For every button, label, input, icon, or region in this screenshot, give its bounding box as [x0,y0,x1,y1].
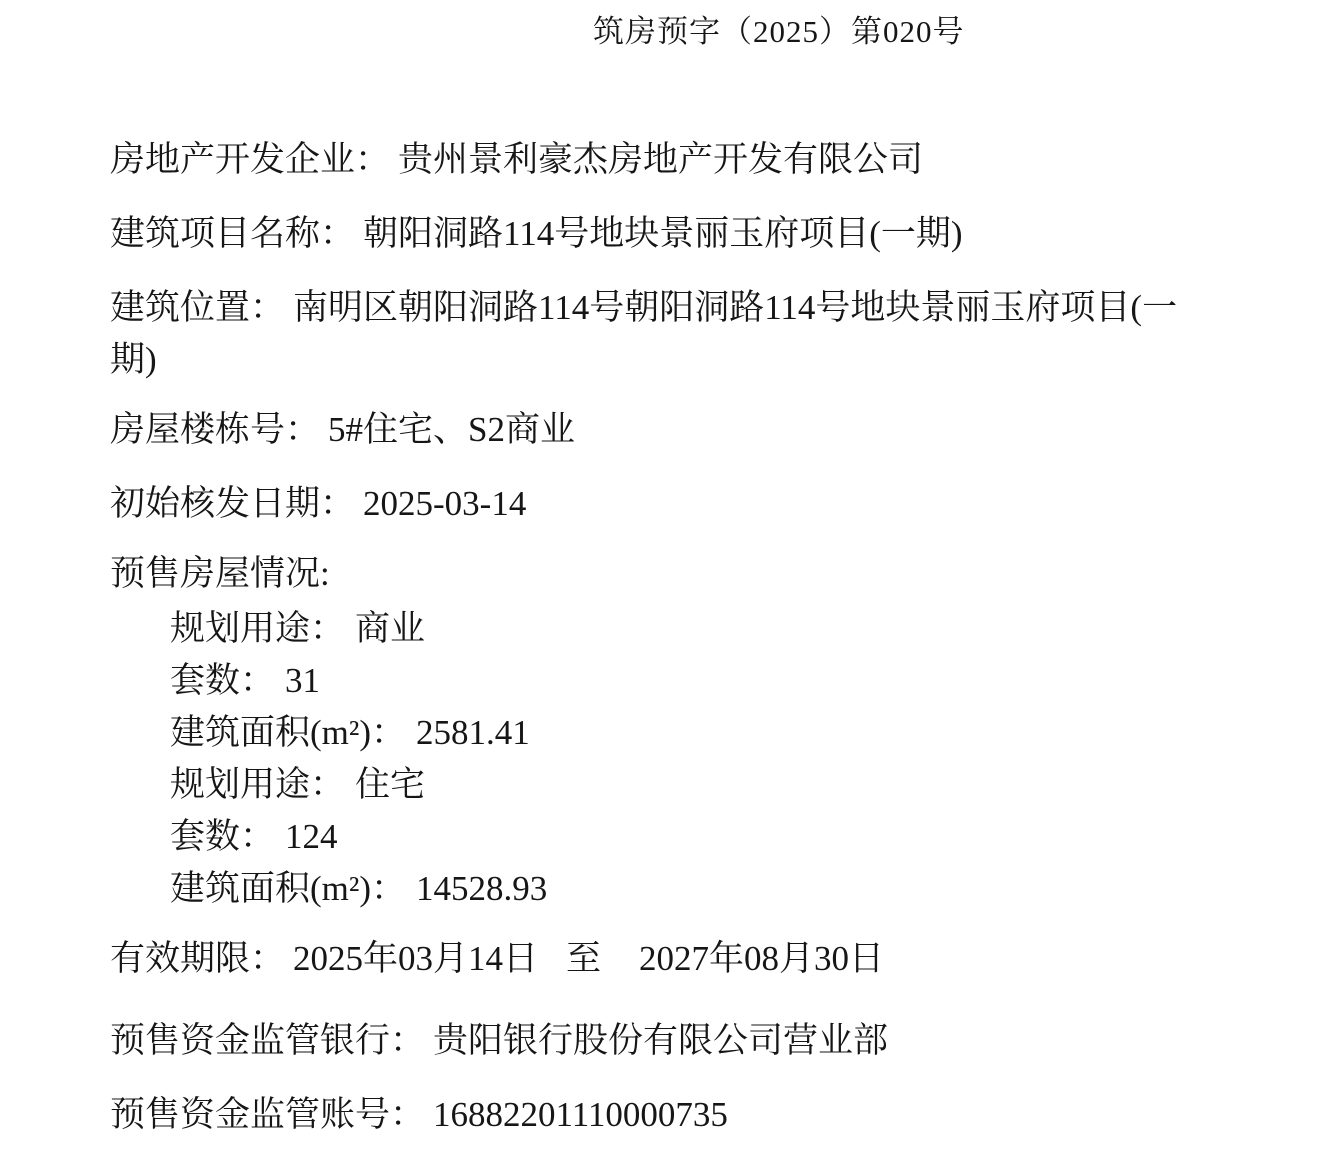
field-location: 建筑位置：南明区朝阳洞路114号朝阳洞路114号地块景丽玉府项目(一期) [110,282,1180,386]
floor-area-value: 14528.93 [416,869,547,908]
unit-count-value: 124 [285,817,338,856]
usage-value: 商业 [355,609,425,648]
location-label: 建筑位置： [110,288,285,327]
presale-item-unit-count-commercial: 套数：31 [110,655,1180,707]
project-name-value: 朝阳洞路114号地块景丽玉府项目(一期) [363,214,963,253]
unit-count-label: 套数： [170,817,275,856]
presale-item-floor-area-commercial: 建筑面积(m²)：2581.41 [110,707,1180,759]
validity-separator: 至 [566,939,601,978]
doc-number: 筑房预字（2025）第020号 [0,0,1319,54]
field-building-no: 房屋楼栋号：5#住宅、S2商业 [110,404,1180,456]
developer-label: 房地产开发企业： [110,140,390,179]
floor-area-label: 建筑面积(m²)： [170,869,406,908]
validity-label: 有效期限： [110,939,285,978]
initial-issue-date-value: 2025-03-14 [363,484,526,523]
field-developer: 房地产开发企业：贵州景利豪杰房地产开发有限公司 [110,134,1180,186]
presale-item-floor-area-residential: 建筑面积(m²)：14528.93 [110,863,1180,915]
field-supervision-bank: 预售资金监管银行：贵阳银行股份有限公司营业部 [110,1015,1180,1067]
supervision-account-label: 预售资金监管账号： [110,1095,425,1134]
supervision-bank-value: 贵阳银行股份有限公司营业部 [433,1021,888,1060]
unit-count-label: 套数： [170,661,275,700]
permit-document-page: 筑房预字（2025）第020号 房地产开发企业：贵州景利豪杰房地产开发有限公司 … [0,0,1319,1160]
presale-items: 规划用途：商业 套数：31 建筑面积(m²)：2581.41 规划用途：住宅 套… [110,603,1180,915]
building-no-label: 房屋楼栋号： [110,410,320,449]
field-validity-period: 有效期限：2025年03月14日至2027年08月30日 [110,933,1180,985]
initial-issue-date-label: 初始核发日期： [110,484,355,523]
usage-label: 规划用途： [170,609,345,648]
supervision-account-value: 16882201110000735 [433,1095,728,1134]
field-supervision-account: 预售资金监管账号：16882201110000735 [110,1089,1180,1141]
developer-value: 贵州景利豪杰房地产开发有限公司 [398,140,923,179]
field-project-name: 建筑项目名称：朝阳洞路114号地块景丽玉府项目(一期) [110,208,1180,260]
validity-to: 2027年08月30日 [639,939,884,978]
presale-section-title: 预售房屋情况: [110,548,1180,600]
usage-value: 住宅 [355,765,425,804]
supervision-bank-label: 预售资金监管银行： [110,1021,425,1060]
unit-count-value: 31 [285,661,320,700]
usage-label: 规划用途： [170,765,345,804]
building-no-value: 5#住宅、S2商业 [328,410,575,449]
floor-area-label: 建筑面积(m²)： [170,713,406,752]
presale-item-usage-residential: 规划用途：住宅 [110,759,1180,811]
field-initial-issue-date: 初始核发日期：2025-03-14 [110,478,1180,530]
floor-area-value: 2581.41 [416,713,530,752]
presale-item-unit-count-residential: 套数：124 [110,811,1180,863]
presale-item-usage-commercial: 规划用途：商业 [110,603,1180,655]
validity-from: 2025年03月14日 [293,939,538,978]
project-name-label: 建筑项目名称： [110,214,355,253]
document-body: 房地产开发企业：贵州景利豪杰房地产开发有限公司 建筑项目名称：朝阳洞路114号地… [0,134,1180,1141]
